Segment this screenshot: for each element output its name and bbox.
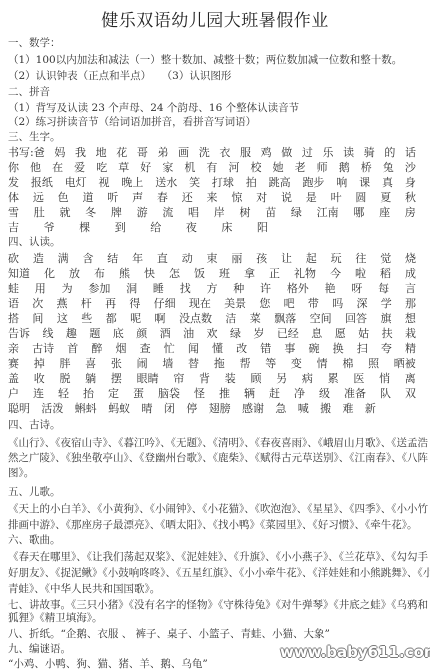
reading-character: 结	[107, 251, 118, 267]
reading-character: 吧	[284, 296, 295, 312]
reading-character: 礼物	[294, 266, 316, 282]
writing-character: 还	[182, 190, 193, 206]
reading-character: 胖	[59, 356, 70, 372]
writing-character: 话	[405, 145, 416, 161]
reading-character: 想	[405, 311, 416, 327]
reading-character: 扶	[382, 326, 393, 342]
reading-character: 油	[183, 326, 194, 342]
writing-character: 报纸	[31, 175, 53, 191]
reading-character: 题	[89, 326, 100, 342]
reading-character: 连	[33, 386, 44, 402]
reading-character: 错	[260, 341, 271, 357]
writing-character: 雪	[8, 205, 19, 221]
reading-character: 菜	[250, 311, 261, 327]
reading-character: 呀	[351, 281, 362, 297]
page-title: 健乐双语幼儿园大班暑假作业	[0, 6, 430, 31]
writing-character: 拍	[246, 175, 257, 191]
reading-character: 脱	[59, 371, 70, 387]
reading-character: 洞	[126, 281, 137, 297]
reading-character: 蛙	[8, 281, 19, 297]
reading-character: 语	[8, 296, 19, 312]
reading-character: 觉	[380, 251, 391, 267]
writing-character: 弟	[157, 145, 168, 161]
reading-character: 满	[58, 251, 69, 267]
reading-character: 快	[144, 266, 155, 282]
writing-character: 棵	[79, 220, 90, 236]
reading-character: 掉	[34, 356, 45, 372]
reading-character: 感谢	[242, 401, 264, 417]
reading-character: 拖	[214, 356, 225, 372]
reading-character: 燕	[57, 296, 68, 312]
writing-character: 苗	[265, 205, 276, 221]
writing-character: 发	[8, 175, 19, 191]
writing-character: 就	[59, 205, 70, 221]
reading-character: 用	[35, 281, 46, 297]
reading-character: 准备	[344, 386, 366, 402]
reading-character: 怎	[169, 266, 180, 282]
writing-character: 牌	[111, 205, 122, 221]
reading-character: 啊	[155, 311, 166, 327]
reading-character: 聪明	[8, 401, 30, 417]
reading-row: 搭间这些都呢啊没点数洁菜飘落空间回答旗想	[8, 311, 416, 327]
reading-character: 闭	[164, 401, 175, 417]
reading-character: 动	[182, 251, 193, 267]
reading-character: 懂	[212, 341, 223, 357]
reading-character: 底	[113, 326, 124, 342]
reading-character: 烧	[405, 251, 416, 267]
reading-character: 装	[225, 371, 236, 387]
writing-character: 听	[107, 190, 118, 206]
writing-character: 房	[405, 205, 416, 221]
reading-character: 杆	[81, 296, 92, 312]
reading-character: 直	[157, 251, 168, 267]
writing-character: 哥	[137, 145, 148, 161]
reading-character: 化	[44, 266, 55, 282]
reading-character: 顾	[250, 371, 261, 387]
writing-character: 床	[221, 220, 232, 236]
reading-character: 饭	[194, 266, 205, 282]
reading-character: 含	[82, 251, 93, 267]
reading-character: 辆	[244, 386, 255, 402]
writing-character: 兔	[383, 160, 394, 176]
reading-character: 帘	[173, 371, 184, 387]
reading-character: 放	[69, 266, 80, 282]
writing-character: 他	[30, 160, 41, 176]
reading-character: 得	[129, 296, 140, 312]
reading-character: 为	[62, 281, 73, 297]
reading-character: 睡	[153, 281, 164, 297]
reading-character: 啦	[355, 266, 366, 282]
reading-character: 事	[284, 341, 295, 357]
reading-character: 美景	[224, 296, 246, 312]
reading-character: 赶	[269, 386, 280, 402]
reading-character: 砍	[8, 251, 19, 267]
reading-character: 医	[353, 371, 364, 387]
reading-character: 现在	[189, 296, 211, 312]
reading-character: 替	[188, 356, 199, 372]
reading-row: 知道化放布熊快怎饭班拿正礼物今啦稻成	[8, 266, 416, 282]
reading-character: 张	[111, 356, 122, 372]
writing-character: 乐	[322, 145, 333, 161]
reading-character: 翅膀	[209, 401, 231, 417]
reading-character: 首	[67, 341, 78, 357]
reading-character: 净	[294, 386, 305, 402]
writing-character: 有	[206, 160, 217, 176]
writing-character: 沙	[405, 160, 416, 176]
poems-line-2: 然之广陵》、《独坐敬亭山》、《登幽州台歌》、《鹿柴》、《赋得古元草送别》、《江南…	[8, 451, 423, 465]
reading-character: 蝌蚪	[75, 401, 97, 417]
reading-character: 喜	[85, 356, 96, 372]
reading-character: 墙	[162, 356, 173, 372]
reading-character: 孩	[256, 251, 267, 267]
writing-character: 流	[162, 205, 173, 221]
reading-character: 稻	[380, 266, 391, 282]
rhymes-line-2: 排画中游》、《那座房子最漂亮》、《晒太阳》、《找小鸭》《菜园里》、《好习惯》、《…	[8, 518, 423, 532]
writing-character: 真	[382, 175, 393, 191]
reading-character: 旗	[380, 311, 391, 327]
writing-row: 书写:爸妈我地花哥弟画洗衣服鸡做过乐读骑的话	[8, 145, 416, 161]
poems-heading: 四、古诗。	[8, 418, 423, 432]
poems-line-1: 《山行》、《夜宿山寺》、《暮江吟》、《无题》、《清明》、《春夜喜雨》、《峨眉山月…	[8, 436, 423, 450]
reading-character: 参加	[88, 281, 110, 297]
reading-character: 盖	[8, 371, 19, 387]
reading-character: 烟	[116, 341, 127, 357]
reading-character: 栽	[405, 326, 416, 342]
reading-character: 闹	[137, 356, 148, 372]
reading-character: 每	[378, 281, 389, 297]
reading-character: 洁	[225, 311, 236, 327]
writing-character: 江南	[317, 205, 339, 221]
pinyin-item-1: （1）背写及认读 23 个声母、24 个韵母、16 个整体认读音节	[8, 101, 423, 115]
writing-character: 来	[207, 190, 218, 206]
writing-character: 道	[82, 190, 93, 206]
reading-character: 班	[219, 266, 230, 282]
reading-character: 蛋	[133, 386, 144, 402]
reading-character: 往	[355, 251, 366, 267]
writing-row: 发报纸电灯视晚上送水笑打球拍跳高跑步响课真身	[8, 175, 416, 191]
writing-character: 家	[162, 160, 173, 176]
songs-line-2: 好朋友》、《捉泥鳅》《小鼓响咚咚》、《五星红旗》、《小小牵牛花》、《洋娃娃和小熊…	[8, 566, 423, 580]
writing-character: 服	[240, 145, 251, 161]
writing-row: 雪肚就冬牌游流唱岸树苗绿江南哪座房	[8, 205, 416, 221]
writing-character: 衣	[219, 145, 230, 161]
reading-character: 飘落	[274, 311, 296, 327]
reading-character: 扫	[357, 341, 368, 357]
writing-character: 吉	[8, 220, 19, 236]
reading-character: 回答	[345, 311, 367, 327]
reading-character: 再	[105, 296, 116, 312]
reading-character: 收	[34, 371, 45, 387]
reading-character: 累	[328, 371, 339, 387]
writing-character: 跑步	[302, 175, 324, 191]
writing-character: 给	[150, 220, 161, 236]
reading-character: 定	[108, 386, 119, 402]
writing-character: 她	[273, 160, 284, 176]
writing-character: 跳高	[269, 175, 291, 191]
reading-row: 赛掉胖喜张闹墙替拖帮等变情棉照晒被	[8, 356, 416, 372]
writing-character: 地	[96, 145, 107, 161]
reading-character: 带	[308, 296, 319, 312]
writing-character: 岸	[214, 205, 225, 221]
reading-character: 吗	[332, 296, 343, 312]
writing-character: 机	[184, 160, 195, 176]
stories-line-1: 七、讲故事。《三只小猪》《没有名字的怪物》《守株待兔》《对牛弹琴》《井底之蛙》《…	[8, 598, 423, 612]
reading-character: 种	[233, 281, 244, 297]
writing-character: 惊	[231, 190, 242, 206]
writing-row: 体远色道听声春还来惊对说是叶圆夏秋	[8, 190, 416, 206]
reading-character: 眼睛	[137, 371, 159, 387]
writing-character: 视	[99, 175, 110, 191]
reading-character: 起	[306, 251, 317, 267]
reading-character: 您	[259, 296, 270, 312]
reading-character: 束	[207, 251, 218, 267]
reading-character: 方	[206, 281, 217, 297]
writing-character: 鸡	[261, 145, 272, 161]
reading-character: 推	[219, 386, 230, 402]
reading-character: 查	[140, 341, 151, 357]
reading-character: 岁	[253, 326, 264, 342]
writing-character: 爱	[74, 160, 85, 176]
reading-row: 盖收脱躺摆眼睛帘背装顾另病累医悄离	[8, 371, 416, 387]
reading-character: 搬	[320, 401, 331, 417]
writing-character: 夏	[380, 190, 391, 206]
reading-character: 格外	[287, 281, 309, 297]
reading-character: 急	[275, 401, 286, 417]
reading-row: 语次燕杆再得仔细现在美景您吧带吗深学那	[8, 296, 416, 312]
writing-character: 鹅	[339, 160, 350, 176]
reading-character: 姑	[358, 326, 369, 342]
writing-character: 的	[384, 145, 395, 161]
writing-character: 绿	[291, 205, 302, 221]
website-watermark: www.baby611.com	[280, 643, 430, 661]
writing-character: 冬	[85, 205, 96, 221]
reading-character: 离	[405, 371, 416, 387]
reading-character: 闻	[188, 341, 199, 357]
reading-row: 蛙用为参加洞睡找方种许格外艳呀每言	[8, 281, 416, 297]
reading-character: 造	[33, 251, 44, 267]
reading-character: 夸	[381, 341, 392, 357]
reading-character: 换	[333, 341, 344, 357]
reading-character: 精	[405, 341, 416, 357]
math-item-2: （2）认识钟表（正点和半点） （3）认识图形	[8, 69, 423, 83]
reading-character: 病	[302, 371, 313, 387]
writing-character: 树	[239, 205, 250, 221]
reading-character: 这	[57, 311, 68, 327]
reading-character: 赛	[8, 356, 19, 372]
reading-character: 躺	[85, 371, 96, 387]
reading-character: 玩	[331, 251, 342, 267]
writing-character: 吃	[96, 160, 107, 176]
reading-character: 知道	[8, 266, 30, 282]
reading-character: 些	[81, 311, 92, 327]
reading-character: 没点数	[179, 311, 212, 327]
reading-character: 另	[276, 371, 287, 387]
writing-character: 对	[256, 190, 267, 206]
writing-character: 河	[228, 160, 239, 176]
writing-character: 桥	[361, 160, 372, 176]
writing-character: 草	[118, 160, 129, 176]
reading-character: 学	[381, 296, 392, 312]
reading-character: 已经	[277, 326, 299, 342]
reading-character: 活泼	[41, 401, 63, 417]
writing-character: 叶	[331, 190, 342, 206]
reading-character: 年	[132, 251, 143, 267]
reading-character: 亲	[8, 341, 19, 357]
reading-character: 蚂蚁	[108, 401, 130, 417]
reading-character: 熊	[119, 266, 130, 282]
reading-character: 呢	[130, 311, 141, 327]
reading-heading: 四、认读。	[8, 235, 423, 249]
writing-character: 爷	[44, 220, 55, 236]
writing-character: 唱	[188, 205, 199, 221]
writing-character: 到	[115, 220, 126, 236]
reading-character: 都	[106, 311, 117, 327]
reading-character: 改	[236, 341, 247, 357]
reading-character: 新	[365, 401, 376, 417]
writing-character: 色	[58, 190, 69, 206]
reading-character: 帮	[239, 356, 250, 372]
reading-character: 照	[368, 356, 379, 372]
reading-character: 晒被	[394, 356, 416, 372]
reading-character: 言	[405, 281, 416, 297]
writing-character: 体	[8, 190, 19, 206]
reading-character: 脑袋	[158, 386, 180, 402]
writing-character: 打球	[212, 175, 234, 191]
reading-character: 次	[32, 296, 43, 312]
reading-character: 停	[186, 401, 197, 417]
reading-character: 双	[405, 386, 416, 402]
math-heading: 一、数学：	[8, 36, 423, 50]
reading-character: 告诉	[8, 326, 30, 342]
writing-character: 响	[336, 175, 347, 191]
rhymes-line-1: 《天上的小白羊》、《小黄狗》、《小闹钟》、《小花猫》、《吹泡泡》、《星星》、《四…	[8, 502, 423, 516]
reading-character: 户	[8, 386, 19, 402]
writing-character: 花	[116, 145, 127, 161]
reading-character: 抬	[83, 386, 94, 402]
reading-character: 晴	[142, 401, 153, 417]
reading-character: 欢	[207, 326, 218, 342]
rhymes-heading: 五、儿歌。	[8, 485, 423, 499]
reading-character: 背	[199, 371, 210, 387]
stories-line-2: 狐狸》《精卫填海》。	[8, 611, 423, 625]
poems-line-3: 图》。	[8, 466, 423, 480]
writing-character: 我	[75, 145, 86, 161]
reading-character: 深	[356, 296, 367, 312]
origami-line: 八、折纸。“企鹅、衣服 、 裤子、桌子、小篮子、青蛙、小猫、大象”	[8, 627, 423, 641]
writing-character: 是	[306, 190, 317, 206]
math-item-1: （1）100以内加法和减法（一）整十数加、减整十数；两位数加减一位数和整十数。	[8, 53, 423, 67]
reading-character: 艳	[325, 281, 336, 297]
writing-character: 洗	[199, 145, 210, 161]
writing-character: 声	[132, 190, 143, 206]
writing-character: 座	[379, 205, 390, 221]
reading-character: 正	[269, 266, 280, 282]
reading-character: 拿	[244, 266, 255, 282]
reading-character: 碗	[309, 341, 320, 357]
writing-character: 做	[281, 145, 292, 161]
reading-character: 轻	[58, 386, 69, 402]
reading-character: 级	[319, 386, 330, 402]
writing-character: 送水	[155, 175, 177, 191]
reading-character: 忙	[164, 341, 175, 357]
reading-character: 间	[32, 311, 43, 327]
writing-character: 阳	[257, 220, 268, 236]
reading-character: 那	[405, 296, 416, 312]
writing-character: 师	[317, 160, 328, 176]
reading-character: 仔细	[154, 296, 176, 312]
reading-character: 醉	[91, 341, 102, 357]
songs-line-3: 青蛙》、《中华人民共和国国歌》。	[8, 582, 423, 596]
reading-character: 绿	[230, 326, 241, 342]
reading-character: 棉	[342, 356, 353, 372]
songs-heading: 六、歌曲。	[8, 533, 423, 547]
reading-character: 怪	[194, 386, 205, 402]
writing-character: 哪	[353, 205, 364, 221]
writing-character: 晚上	[121, 175, 143, 191]
reading-character: 队	[380, 386, 391, 402]
reading-character: 情	[317, 356, 328, 372]
writing-character: 游	[137, 205, 148, 221]
reading-character: 布	[94, 266, 105, 282]
writing-character: 肚	[34, 205, 45, 221]
reading-character: 让	[281, 251, 292, 267]
reading-row: 亲古诗首醉烟查忙闻懂改错事碗换扫夸精	[8, 341, 416, 357]
writing-character: 课	[359, 175, 370, 191]
reading-character: 许	[260, 281, 271, 297]
writing-row: 吉爷棵到给夜床阳	[8, 220, 268, 236]
reading-character: 难	[343, 401, 354, 417]
writing-character: 电灯	[65, 175, 87, 191]
reading-character: 趣	[66, 326, 77, 342]
reading-row: 聪明活泼蝌蚪蚂蚁晴闭停翅膀感谢急喊搬难新	[8, 401, 376, 417]
reading-character: 空间	[310, 311, 332, 327]
reading-character: 悄	[379, 371, 390, 387]
reading-character: 酒	[160, 326, 171, 342]
reading-row: 告诉线趣题底颜酒油欢绿岁已经息愿姑扶栽	[8, 326, 416, 342]
reading-character: 线	[42, 326, 53, 342]
writing-character: 书写:爸	[8, 145, 45, 161]
writing-row: 你他在爱吃草好家机有河校她老师鹅桥兔沙	[8, 160, 416, 176]
reading-character: 息	[311, 326, 322, 342]
reading-character: 古诗	[32, 341, 54, 357]
reading-character: 找	[180, 281, 191, 297]
reading-row: 户连轻抬定蛋脑袋怪推辆赶净级准备队双	[8, 386, 416, 402]
pinyin-heading: 二、拼音	[8, 85, 423, 99]
pinyin-item-2: （2）练习拼读音节（给词语加拼音，看拼音写词语）	[8, 115, 423, 129]
writing-character: 春	[157, 190, 168, 206]
reading-character: 摆	[111, 371, 122, 387]
writing-character: 你	[8, 160, 19, 176]
writing-character: 骑	[364, 145, 375, 161]
writing-character: 读	[343, 145, 354, 161]
writing-character: 妈	[54, 145, 65, 161]
reading-row: 砍造满含结年直动束丽孩让起玩往觉烧	[8, 251, 416, 267]
writing-character: 圆	[355, 190, 366, 206]
reading-character: 颜	[136, 326, 147, 342]
writing-character: 画	[178, 145, 189, 161]
reading-character: 喊	[298, 401, 309, 417]
writing-character: 身	[405, 175, 416, 191]
homework-document: 健乐双语幼儿园大班暑假作业 一、数学： （1）100以内加法和减法（一）整十数加…	[0, 0, 430, 670]
writing-character: 远	[33, 190, 44, 206]
reading-character: 成	[405, 266, 416, 282]
writing-character: 说	[281, 190, 292, 206]
writing-character: 老	[295, 160, 306, 176]
reading-character: 搭	[8, 311, 19, 327]
reading-character: 等	[265, 356, 276, 372]
writing-character: 秋	[405, 190, 416, 206]
writing-character: 过	[302, 145, 313, 161]
